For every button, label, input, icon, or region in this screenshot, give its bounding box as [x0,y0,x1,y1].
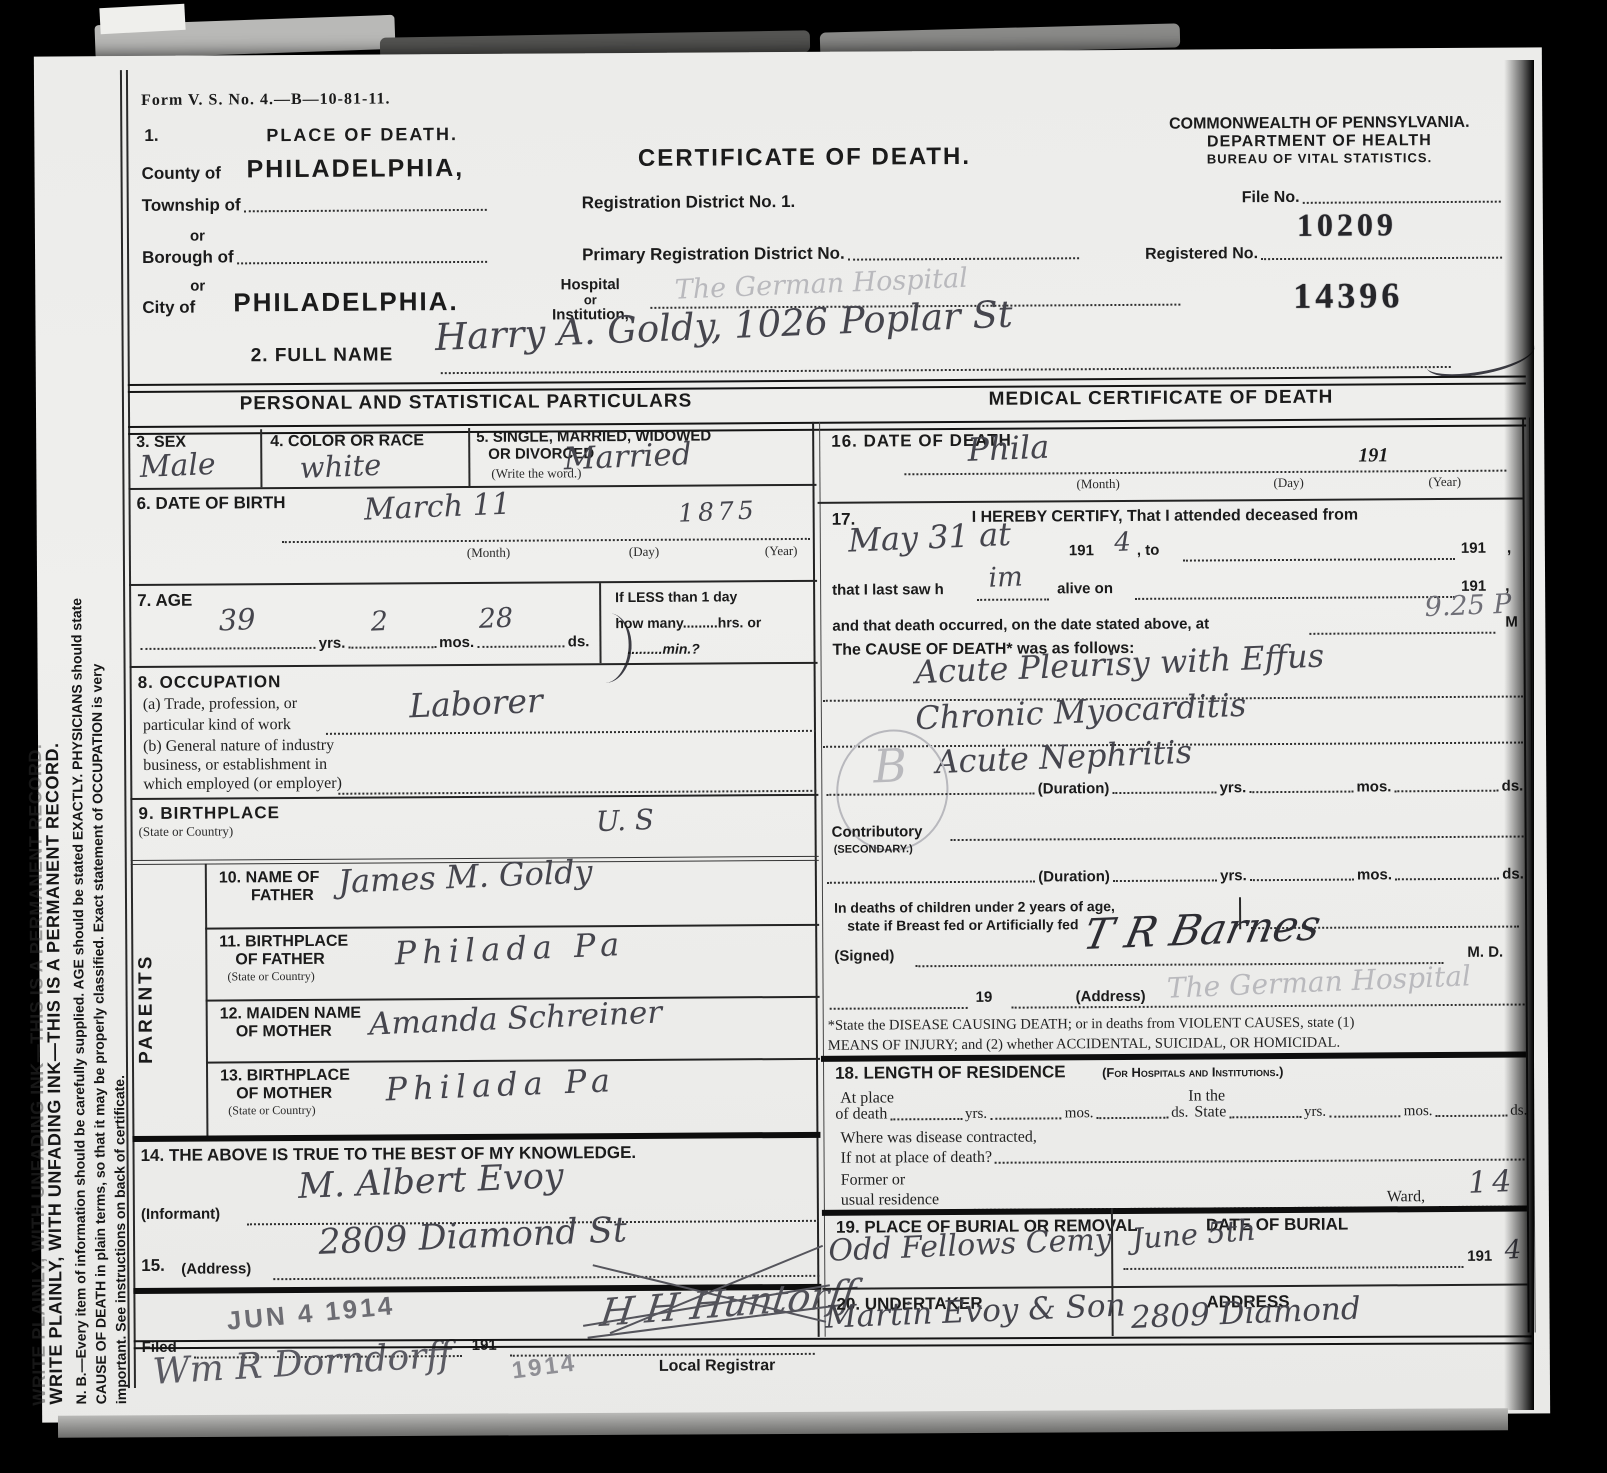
marital-value-handwriting: Married [563,436,692,477]
footnote-line1: *State the DISEASE CAUSING DEATH; or in … [828,1015,1355,1035]
place-of-death-label: PLACE OF DEATH. [266,124,458,146]
personal-section-title: PERSONAL AND STATISTICAL PARTICULARS [176,390,756,416]
color-race-value-handwriting: white [299,448,382,485]
dod-blank [904,468,1506,476]
file-no-row: File No. [1242,188,1504,208]
age-days-blank [477,641,565,648]
row-rule [129,580,817,586]
birthplace-label: 9. BIRTHPLACE [138,803,280,824]
row-rule [130,662,818,668]
res-blank [990,1113,1062,1119]
age-years-handwriting: 39 [218,602,256,637]
last-saw-blank-2 [1135,594,1455,600]
informant-address-handwriting: 2809 Diamond St [318,1210,628,1263]
cause-line3-handwriting: Acute Nephritis [935,733,1193,781]
scan-background: WRITE PLAINLY, WITH UNFADING INK—THIS IS… [0,0,1607,1473]
res-blank [1329,1111,1401,1117]
age-label: 7. AGE [137,591,192,611]
occupation-label: 8. OCCUPATION [138,672,282,693]
file-no-blank [1303,197,1501,204]
primary-registration-label: Primary Registration District No. [582,244,845,266]
dod-year-hint: (Year) [1428,474,1461,490]
ward-label: Ward, [1387,1188,1425,1206]
father-birthplace-handwriting: Philada Pa [394,925,626,972]
mos2-label: mos. [1357,866,1392,883]
age-days-handwriting: 28 [478,603,514,635]
age-less-line3: .........min.? [627,641,699,657]
residence-row: of death yrs. mos. ds. State yrs. mos. d… [835,1102,1527,1124]
attended-to-year-printed: 191 [1461,540,1486,557]
duration2-label: (Duration) [1038,868,1110,885]
occupation-b-line2: business, or establishment in [143,756,327,775]
death-time-blank [1309,630,1495,635]
row-rule [818,498,1523,504]
attended-from-handwriting: May 31 at [847,515,1011,560]
county-label: County of [141,163,220,183]
duration-ds-blank [1394,786,1498,793]
cell-divider [468,428,470,486]
registration-district: Registration District No. 1. [582,192,796,213]
secondary-label: (SECONDARY.) [834,843,913,855]
footnote-line2: MEANS OF INJURY; and (2) whether ACCIDEN… [828,1035,1340,1055]
torn-paper-scrap [99,4,185,34]
if-not-blank [995,1155,1525,1164]
age-cell-divider [599,583,601,663]
commonwealth-line1: COMMONWEALTH OF PENNSYLVANIA. [1114,114,1524,135]
death-time-handwriting: 9.25 P [1424,589,1512,624]
usual-residence-label: usual residence [841,1191,939,1210]
attended-from-year-handwriting: 4 [1114,527,1132,558]
mother-name-label-1: 12. MAIDEN NAME [220,1005,361,1024]
children-text-2: state if Breast fed or Artificially fed [847,916,1078,933]
md-label: M. D. [1467,944,1503,961]
age-yrs-label: yrs. [319,635,346,652]
dob-month-hint: (Month) [467,545,510,561]
duration-yrs-blank [1112,787,1216,794]
city-value: PHILADELPHIA. [233,286,459,318]
city-label: City of [142,298,195,318]
burial-date-blank [1123,1264,1463,1270]
father-name-label-1: 10. NAME OF [219,869,320,888]
mother-birthplace-label-2: OF MOTHER [236,1085,332,1104]
death-occurred-text: and that death occurred, on the date sta… [832,615,1209,634]
certificate-title: CERTIFICATE OF DEATH. [589,143,1019,174]
occupation-a-line1: (a) Trade, profession, or [143,695,297,714]
res-mos-label: mos. [1065,1105,1094,1122]
residence-label: 18. LENGTH OF RESIDENCE [835,1062,1066,1083]
hospital-label-1: Hospital [535,277,645,293]
informant-label: (Informant) [141,1206,220,1223]
father-birthplace-label-2: OF FATHER [235,951,325,970]
burial-date-handwriting: June 5th [1131,1213,1257,1256]
age-units-row: yrs. mos. ds. [137,633,589,653]
commonwealth-block: COMMONWEALTH OF PENNSYLVANIA. DEPARTMENT… [1114,114,1524,168]
duration-mos-blank [1249,787,1353,794]
dod-month-hint: (Month) [1076,476,1119,492]
medical-section-title: MEDICAL CERTIFICATE OF DEATH [836,386,1486,412]
dob-blank [282,536,810,543]
row-rule [130,794,818,800]
mos-label: mos. [1356,778,1391,795]
year-19-label: 19 [976,989,993,1006]
item-15-label: 15. [141,1256,165,1276]
item-1-label: 1. [144,126,158,146]
undertaker-address-handwriting: 2809 Diamond [1130,1291,1361,1336]
res-ds-label: ds. [1171,1105,1188,1122]
yrs-label: yrs. [1219,779,1246,796]
age-months-blank [348,642,436,649]
occupation-b-line3: which employed (or employer) [143,775,342,794]
last-saw-text-1: that I last saw h [832,581,944,599]
res-yrs-label: yrs. [965,1106,987,1123]
parents-label: PARENTS [135,884,159,1134]
res-blank [1229,1112,1301,1118]
date-of-death-handwriting: Phila [967,428,1050,469]
commonwealth-line3: BUREAU OF VITAL STATISTICS. [1114,150,1524,168]
age-months-handwriting: 2 [370,606,388,638]
informant-address-label: (Address) [181,1260,251,1277]
occupation-value-handwriting: Laborer [408,681,543,725]
res-mos-label-2: mos. [1404,1103,1433,1120]
township-blank [244,205,487,212]
father-birthplace-label-1: 11. BIRTHPLACE [219,933,348,952]
former-or-label: Former or [841,1171,906,1189]
if-not-label: If not at place of death? [841,1149,993,1168]
contributory-blank [951,834,1524,842]
certify-text: I HEREBY CERTIFY, That I attended deceas… [972,507,1359,527]
contributory-label: Contributory [832,823,923,841]
borough-label: Borough of [142,247,234,268]
father-birthplace-hint: (State or Country) [227,969,314,985]
occupation-a-line2: particular kind of work [143,716,291,735]
row-rule [822,1284,1527,1290]
duration-row-1: (Duration) yrs. mos. ds. [823,778,1523,799]
father-name-label-2: FATHER [251,887,314,905]
township-label: Township of [142,195,241,216]
state-label: State [1194,1103,1226,1121]
age-less-line1: If LESS than 1 day [615,588,737,605]
yrs2-label: yrs. [1220,867,1247,884]
children-text-1: In deaths of children under 2 years of a… [834,898,1115,916]
registered-no-row: Registered No. [1145,244,1505,264]
borough-blank [237,257,487,265]
attended-to-label: , to [1137,542,1160,559]
of-death-label: of death [835,1105,887,1123]
birthplace-value-handwriting: U. S [595,803,654,838]
birthplace-hint: (State or Country) [139,823,234,840]
age-mos-label: mos. [439,634,474,651]
mother-name-label-2: OF MOTHER [236,1023,332,1042]
filed-date-stamp: JUN 4 1914 [225,1290,396,1337]
res-blank [890,1114,962,1120]
if-not-row: If not at place of death? [841,1146,1528,1168]
hospital-label-2: or [535,292,645,308]
dob-year-hint: (Year) [765,543,798,559]
registered-no-value: 10209 [1297,206,1397,244]
dob-label: 6. DATE OF BIRTH [137,493,286,514]
full-name-label: 2. FULL NAME [251,344,394,367]
cause-line2-handwriting: Chronic Myocarditis [914,686,1247,738]
duration-blank [826,789,1034,796]
occupation-b-line1: (b) General nature of industry [143,737,334,756]
duration2-ds-blank [1395,874,1499,881]
duration-label: (Duration) [1038,780,1110,797]
address-year-blank [830,1005,968,1010]
res-blank [1097,1113,1169,1119]
or-label-2: or [190,278,205,295]
primary-registration-row: Primary Registration District No. [582,242,1082,265]
duration2-mos-blank [1250,875,1354,882]
last-saw-blank-1 [977,596,1049,600]
mother-birthplace-handwriting: Philada Pa [385,1061,617,1108]
res-blank [1436,1111,1508,1117]
last-saw-text-2: alive on [1057,580,1113,597]
attended-from-year-printed: 191 [1069,542,1094,559]
occupation-a-blank [326,728,816,735]
primary-registration-blank [848,253,1079,260]
dob-value-handwriting: March 11 [363,487,511,528]
cell-divider [260,429,262,487]
borough-row: Borough of [142,246,490,268]
attended-to-blank [1183,556,1455,562]
or-label-1: or [190,228,205,245]
county-value: PHILADELPHIA, [246,154,464,184]
right-edge-shadow [1504,60,1534,1410]
local-registrar-label: Local Registrar [659,1357,776,1376]
age-less-line2: how many.........hrs. or [615,614,761,631]
full-name-blank [441,364,1451,374]
township-row: Township of [142,194,490,216]
dob-day-hint: (Day) [629,544,659,560]
sex-value-handwriting: Male [139,447,216,485]
physician-signature-handwriting: T R Barnes [1079,900,1325,959]
mother-birthplace-hint: (State or Country) [228,1103,315,1119]
duration2-blank [827,877,1035,884]
physician-address-label: (Address) [1076,988,1146,1005]
thick-rule [132,1132,820,1142]
residence-label-2: (For Hospitals and Institutions.) [1102,1064,1283,1080]
where-contracted-label: Where was disease contracted, [840,1129,1036,1148]
last-saw-handwriting: im [988,561,1023,593]
duration-row-2: (Duration) yrs. mos. ds. [824,866,1524,887]
bottom-rule [134,1335,1532,1349]
margin-instructions: WRITE PLAINLY, WITH UNFADING INK—THIS IS… [38,104,131,1404]
res-yrs-label-2: yrs. [1304,1104,1326,1121]
dob-year-handwriting: 1875 [678,495,759,527]
dod-year-printed: 191 [1358,444,1388,467]
mother-birthplace-label-1: 13. BIRTHPLACE [220,1067,350,1086]
signed-label: (Signed) [834,947,894,964]
form-number: Form V. S. No. 4.—B—10-81-11. [141,90,390,110]
burial-date-year-printed: 191 [1467,1248,1492,1265]
registered-no-blank [1261,253,1502,260]
row-rule [206,1058,820,1064]
physician-address-handwriting: The German Hospital [1166,959,1471,1004]
mother-name-handwriting: Amanda Schreiner [368,995,662,1043]
registered-no-label: Registered No. [1145,245,1258,264]
dod-day-hint: (Day) [1273,475,1303,491]
margin-write-plainly: WRITE PLAINLY, WITH UNFADING INK—THIS IS… [38,104,67,1404]
age-years-blank [140,643,315,650]
certificate-paper: WRITE PLAINLY, WITH UNFADING INK—THIS IS… [34,47,1550,1422]
file-no-label: File No. [1242,189,1300,207]
duration2-yrs-blank [1113,875,1217,882]
stamp-number: 14396 [1293,274,1403,317]
